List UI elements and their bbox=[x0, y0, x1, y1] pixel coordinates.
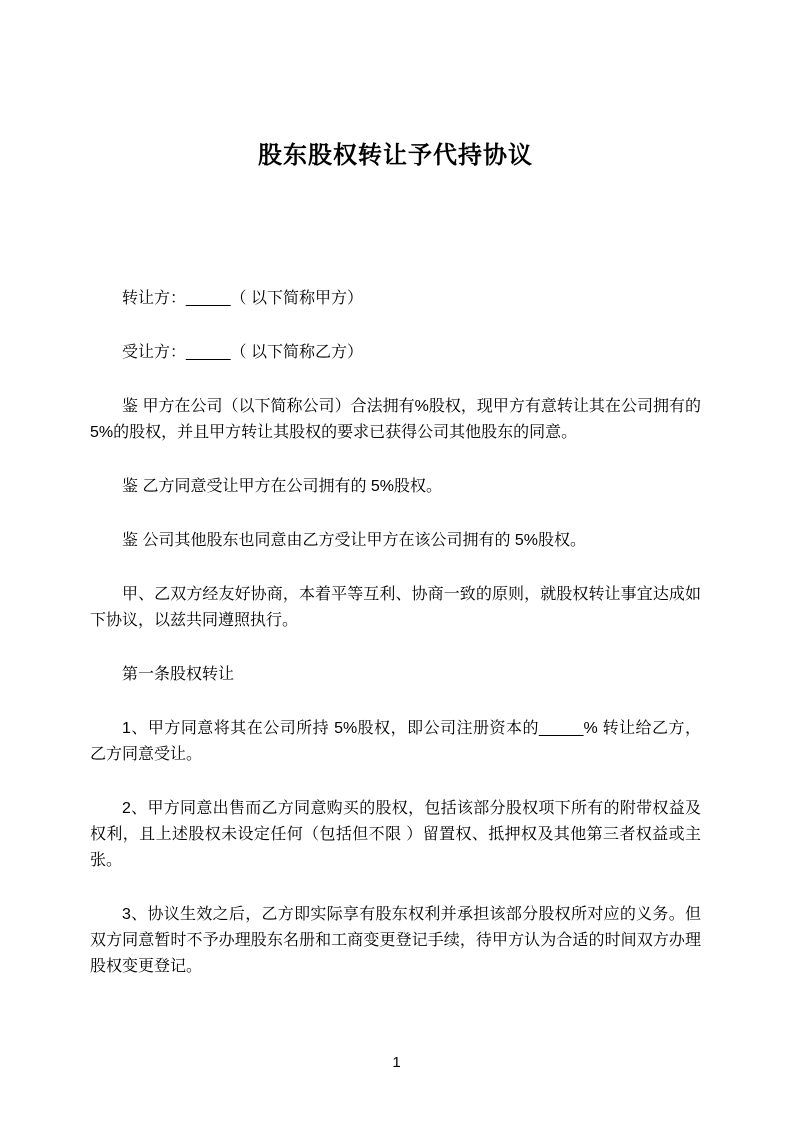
paragraph-transferee: 受让方：_____（ 以下简称乙方） bbox=[90, 340, 701, 366]
paragraph-recital-3: 鉴 公司其他股东也同意由乙方受让甲方在该公司拥有的 5%股权。 bbox=[90, 528, 701, 554]
paragraph-clause-3: 3、协议生效之后，乙方即实际享有股东权利并承担该部分股权所对应的义务。但双方同意… bbox=[90, 902, 701, 980]
paragraph-preamble: 甲、乙双方经友好协商，本着平等互利、协商一致的原则，就股权转让事宜达成如下协议，… bbox=[90, 582, 701, 634]
paragraph-clause-2: 2、甲方同意出售而乙方同意购买的股权，包括该部分股权项下所有的附带权益及权利，且… bbox=[90, 796, 701, 874]
paragraph-recital-1: 鉴 甲方在公司（以下简称公司）合法拥有%股权，现甲方有意转让其在公司拥有的 5%… bbox=[90, 394, 701, 446]
document-title: 股东股权转让予代持协议 bbox=[90, 138, 701, 174]
paragraph-transferor: 转让方：_____（ 以下简称甲方） bbox=[90, 286, 701, 312]
paragraph-article-1-heading: 第一条股权转让 bbox=[90, 662, 701, 688]
document-content: 股东股权转让予代持协议 转让方：_____（ 以下简称甲方） 受让方：_____… bbox=[0, 0, 793, 980]
page-number: 1 bbox=[0, 1050, 793, 1076]
paragraph-clause-1: 1、甲方同意将其在公司所持 5%股权，即公司注册资本的_____% 转让给乙方，… bbox=[90, 716, 701, 768]
paragraph-recital-2: 鉴 乙方同意受让甲方在公司拥有的 5%股权。 bbox=[90, 474, 701, 500]
document-page: 股东股权转让予代持协议 转让方：_____（ 以下简称甲方） 受让方：_____… bbox=[0, 0, 793, 1122]
